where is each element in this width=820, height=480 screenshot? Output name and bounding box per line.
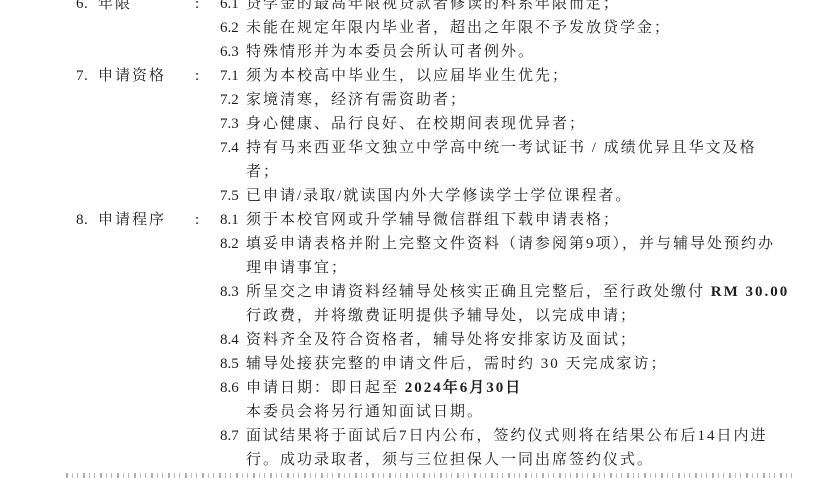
text-segment: 特殊情形并为本委员会所认可者例外。 <box>246 44 535 60</box>
text-segment: 所呈交之申请资料经辅导处核实正确且完整后，至行政处缴付 <box>246 284 711 300</box>
item-text-line: 面试结果将于面试后7日内公布，签约仪式则将在结果公布后14日内进 <box>246 424 800 448</box>
item-text-line: 贷学金的最高年限视贷款者修读的科系年限而定； <box>246 0 800 16</box>
item-text-line: 者； <box>246 160 800 184</box>
item-text-line: 行。成功录取者，须与三位担保人一同出席签约仪式。 <box>246 448 800 472</box>
text-segment: 申请日期：即日起至 <box>246 380 405 396</box>
clipped-bottom-text-row <box>66 473 792 478</box>
item-number: 7.4 <box>220 136 239 160</box>
item-text-line: 已申请/录取/就读国内外大学修读学士学位课程者。 <box>246 184 800 208</box>
item-number: 7.2 <box>220 88 239 112</box>
item-number: 8.1 <box>220 208 239 232</box>
item-text-line: 身心健康、品行良好、在校期间表现优异者； <box>246 112 800 136</box>
item-text-line: 本委员会将另行通知面试日期。 <box>246 400 800 424</box>
item-number: 8.2 <box>220 232 239 256</box>
text-segment: 行政费，并将缴费证明提供予辅导处，以完成申请； <box>246 308 637 324</box>
doc-line: 8.6申请日期：即日起至 2024年6月30日 <box>0 376 820 400</box>
section-colon: : <box>195 64 199 88</box>
doc-line: 7.3身心健康、品行良好、在校期间表现优异者； <box>0 112 820 136</box>
item-number: 7.1 <box>220 64 239 88</box>
item-text-line: 理申请事宜； <box>246 256 800 280</box>
text-segment: 本委员会将另行通知面试日期。 <box>246 404 484 420</box>
text-segment: 家境清寒，经济有需资助者； <box>246 92 467 108</box>
doc-line: 7.4持有马来西亚华文独立中学高中统一考试证书 / 成绩优异且华文及格 <box>0 136 820 160</box>
text-segment: 资料齐全及符合资格者，辅导处将安排家访及面试； <box>246 332 637 348</box>
section-label: 申请资格 <box>98 64 166 88</box>
section-colon: : <box>195 208 199 232</box>
doc-line: 8.5辅导处接获完整的申请文件后，需时约 30 天完成家访； <box>0 352 820 376</box>
item-number: 8.7 <box>220 424 239 448</box>
item-number: 6.2 <box>220 16 239 40</box>
item-text-line: 特殊情形并为本委员会所认可者例外。 <box>246 40 800 64</box>
item-text-line: 须为本校高中毕业生，以应届毕业生优先； <box>246 64 800 88</box>
item-text-line: 辅导处接获完整的申请文件后，需时约 30 天完成家访； <box>246 352 800 376</box>
doc-line: 7.5已申请/录取/就读国内外大学修读学士学位课程者。 <box>0 184 820 208</box>
item-number: 7.5 <box>220 184 239 208</box>
item-number: 8.4 <box>220 328 239 352</box>
doc-line: 者； <box>0 160 820 184</box>
doc-line: 7.申请资格:7.1须为本校高中毕业生，以应届毕业生优先； <box>0 64 820 88</box>
section-number: 6. <box>76 0 88 16</box>
doc-line: 6.3特殊情形并为本委员会所认可者例外。 <box>0 40 820 64</box>
doc-line: 7.2家境清寒，经济有需资助者； <box>0 88 820 112</box>
doc-line: 行政费，并将缴费证明提供予辅导处，以完成申请； <box>0 304 820 328</box>
item-text-line: 持有马来西亚华文独立中学高中统一考试证书 / 成绩优异且华文及格 <box>246 136 800 160</box>
item-text-line: 须于本校官网或升学辅导微信群组下载申请表格； <box>246 208 800 232</box>
section-number: 7. <box>76 64 88 88</box>
doc-line: 本委员会将另行通知面试日期。 <box>0 400 820 424</box>
doc-line: 8.2填妥申请表格并附上完整文件资料（请参阅第9项），并与辅导处预约办 <box>0 232 820 256</box>
text-segment: 须于本校官网或升学辅导微信群组下载申请表格； <box>246 212 620 228</box>
item-text-line: 未能在规定年限内毕业者，超出之年限不予发放贷学金； <box>246 16 800 40</box>
doc-line: 8.7面试结果将于面试后7日内公布，签约仪式则将在结果公布后14日内进 <box>0 424 820 448</box>
text-segment: 者； <box>246 164 280 180</box>
item-text-line: 填妥申请表格并附上完整文件资料（请参阅第9项），并与辅导处预约办 <box>246 232 800 256</box>
text-segment: 填妥申请表格并附上完整文件资料（请参阅第9项），并与辅导处预约办 <box>246 236 775 252</box>
doc-line: 8.申请程序:8.1须于本校官网或升学辅导微信群组下载申请表格； <box>0 208 820 232</box>
document-page: 6.年限:6.1贷学金的最高年限视贷款者修读的科系年限而定；6.2未能在规定年限… <box>0 0 820 480</box>
section-colon: : <box>195 0 199 16</box>
item-text-line: 申请日期：即日起至 2024年6月30日 <box>246 376 800 400</box>
section-label: 申请程序 <box>98 208 166 232</box>
doc-line: 8.4资料齐全及符合资格者，辅导处将安排家访及面试； <box>0 328 820 352</box>
text-segment: 须为本校高中毕业生，以应届毕业生优先； <box>246 68 569 84</box>
bold-text-segment: RM 30.00 <box>711 284 790 300</box>
doc-line: 8.3所呈交之申请资料经辅导处核实正确且完整后，至行政处缴付 RM 30.00 <box>0 280 820 304</box>
text-segment: 行。成功录取者，须与三位担保人一同出席签约仪式。 <box>246 452 654 468</box>
item-number: 8.5 <box>220 352 239 376</box>
item-text-line: 资料齐全及符合资格者，辅导处将安排家访及面试； <box>246 328 800 352</box>
text-segment: 面试结果将于面试后7日内公布，签约仪式则将在结果公布后14日内进 <box>246 428 768 444</box>
section-label: 年限 <box>98 0 132 16</box>
text-segment: 身心健康、品行良好、在校期间表现优异者； <box>246 116 586 132</box>
item-number: 8.6 <box>220 376 239 400</box>
text-segment: 贷学金的最高年限视贷款者修读的科系年限而定； <box>246 0 620 12</box>
item-text-line: 家境清寒，经济有需资助者； <box>246 88 800 112</box>
text-segment: 已申请/录取/就读国内外大学修读学士学位课程者。 <box>246 188 632 204</box>
doc-line: 6.2未能在规定年限内毕业者，超出之年限不予发放贷学金； <box>0 16 820 40</box>
doc-line: 理申请事宜； <box>0 256 820 280</box>
item-number: 6.3 <box>220 40 239 64</box>
item-number: 8.3 <box>220 280 239 304</box>
text-segment: 持有马来西亚华文独立中学高中统一考试证书 / 成绩优异且华文及格 <box>246 140 757 156</box>
item-text-line: 行政费，并将缴费证明提供予辅导处，以完成申请； <box>246 304 800 328</box>
text-segment: 未能在规定年限内毕业者，超出之年限不予发放贷学金； <box>246 20 671 36</box>
item-number: 6.1 <box>220 0 239 16</box>
bold-text-segment: 2024年6月30日 <box>405 380 523 396</box>
doc-line: 6.年限:6.1贷学金的最高年限视贷款者修读的科系年限而定； <box>0 0 820 16</box>
text-segment: 理申请事宜； <box>246 260 348 276</box>
doc-line: 行。成功录取者，须与三位担保人一同出席签约仪式。 <box>0 448 820 472</box>
document-body: 6.年限:6.1贷学金的最高年限视贷款者修读的科系年限而定；6.2未能在规定年限… <box>0 0 820 472</box>
section-number: 8. <box>76 208 88 232</box>
text-segment: 辅导处接获完整的申请文件后，需时约 30 天完成家访； <box>246 356 668 372</box>
item-text-line: 所呈交之申请资料经辅导处核实正确且完整后，至行政处缴付 RM 30.00 <box>246 280 800 304</box>
item-number: 7.3 <box>220 112 239 136</box>
